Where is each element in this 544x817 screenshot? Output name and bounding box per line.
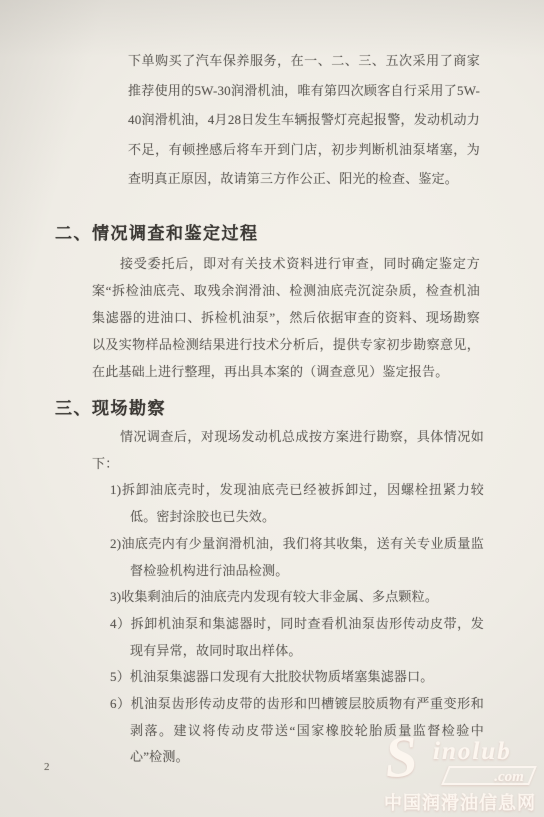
logo-name: inolub xyxy=(433,738,512,766)
site-name: 中国润滑油信息网 xyxy=(384,789,536,815)
section-2-paragraph: 接受委托后，即对有关技术资料进行审查，同时确定鉴定方案“拆检油底壳、取残余润滑油… xyxy=(92,250,480,385)
logo-com-badge: .com xyxy=(441,766,537,785)
opening-paragraph: 下单购买了汽车保养服务，在一、二、三、五次采用了商家推荐使用的5W-30润滑机油… xyxy=(128,46,480,194)
section-3-body: 情况调查后，对现场发动机总成按方案进行勘察，具体情况如下： 1)拆卸油底壳时，发… xyxy=(92,424,484,771)
list-item: 4）拆卸机油泵和集滤器时，同时查看机油泵齿形传动皮带，发现有异常，故同时取出样体… xyxy=(92,611,484,664)
section-2-heading: 二、情况调查和鉴定过程 xyxy=(55,219,259,244)
survey-intro: 情况调查后，对现场发动机总成按方案进行勘察，具体情况如下： xyxy=(92,424,484,477)
logo-s-glyph: S xyxy=(383,727,419,787)
survey-list: 1)拆卸油底壳时，发现油底壳已经被拆卸过，因螺栓扭紧力较低。密封涂胶也已失效。 … xyxy=(92,477,484,771)
list-item: 5）机油泵集滤器口发现有大批胶状物质堵塞集滤器口。 xyxy=(92,664,484,691)
list-item: 2)油底壳内有少量润滑机油，我们将其收集，送有关专业质量监督检验机构进行油品检测… xyxy=(92,531,484,584)
page-number: 2 xyxy=(44,761,50,773)
list-item: 1)拆卸油底壳时，发现油底壳已经被拆卸过，因螺栓扭紧力较低。密封涂胶也已失效。 xyxy=(92,477,484,530)
list-item: 3)收集剩油后的油底壳内发现有较大非金属、多点颗粒。 xyxy=(92,584,484,611)
sinolub-logo: S inolub .com 中国润滑油信息网 xyxy=(383,732,544,817)
logo-domain: .com xyxy=(495,770,531,785)
document-page: { "page": { "number": "2" }, "document":… xyxy=(0,0,544,817)
section-3-heading: 三、现场勘察 xyxy=(55,394,166,419)
